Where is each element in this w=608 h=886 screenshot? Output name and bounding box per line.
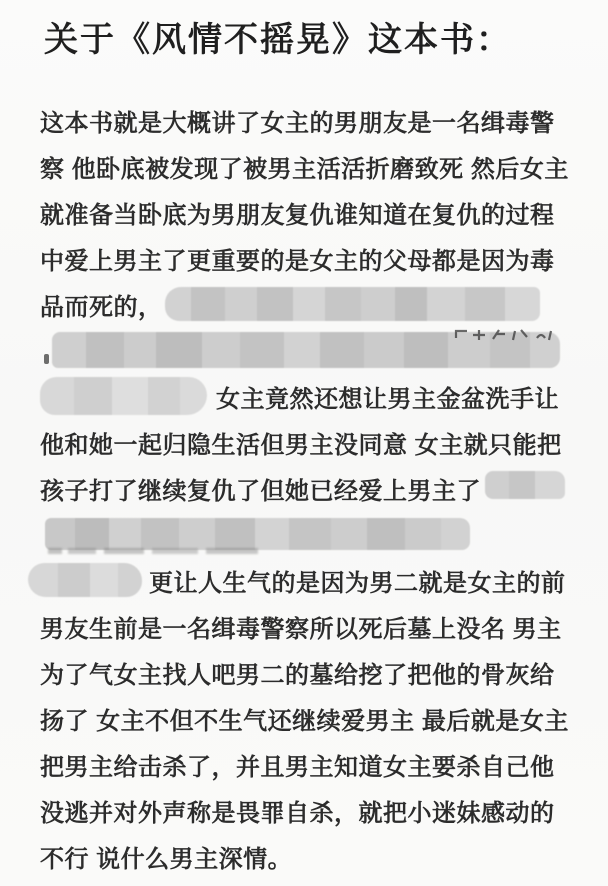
text-line: 为了气女主找人吧男二的墓给挖了把他的骨灰给 <box>40 649 585 695</box>
text-line: 就准备当卧底为男朋友复仇谁知道在复仇的过程 <box>40 189 585 235</box>
review-body: 这本书就是大概讲了女主的男朋友是一名缉毒警 察 他卧底被发现了被男主活活折磨致死… <box>40 97 585 879</box>
line-text: 女主竟然还想让男主金盆洗手让 <box>216 379 559 414</box>
text-line: 扬了 女主不但不生气还继续爱男主 最后就是女主 <box>40 695 585 741</box>
line-text: 更让人生气的是因为男二就是女主的前 <box>149 563 566 598</box>
text-screenshot: 关于《风情不摇晃》这本书： 这本书就是大概讲了女主的男朋友是一名缉毒警 察 他卧… <box>0 0 608 886</box>
text-line: 不行 说什么男主深情。 <box>40 833 585 879</box>
redaction-mosaic <box>52 332 560 368</box>
text-line-with-redaction: 更让人生气的是因为男二就是女主的前 <box>40 557 585 603</box>
page-title: 关于《风情不摇晃》这本书： <box>44 12 512 61</box>
redaction-mosaic <box>165 287 540 321</box>
line-text: 品而死的， <box>40 287 163 322</box>
line-text: 就准备当卧底为男朋友复仇谁知道在复仇的过程 <box>40 195 555 230</box>
stray-punctuation-mark <box>44 354 49 364</box>
line-text: 察 他卧底被发现了被男主活活折磨致死 然后女主 <box>40 149 569 184</box>
text-line-with-redaction: 品而死的， <box>40 281 585 327</box>
text-line: 没逃并对外声称是畏罪自杀，就把小迷妹感动的 <box>40 787 585 833</box>
redaction-mosaic <box>40 377 207 415</box>
text-line-with-redaction: 孩子打了继续复仇了但她已经爱上男主了 <box>40 465 585 511</box>
text-line: 把男主给击杀了，并且男主知道女主要杀自己他 <box>40 741 585 787</box>
line-text: 为了气女主找人吧男二的墓给挖了把他的骨灰给 <box>40 655 555 690</box>
redaction-mosaic <box>485 471 565 499</box>
line-text: 不行 说什么男主深情。 <box>40 839 292 874</box>
line-text: 扬了 女主不但不生气还继续爱男主 最后就是女主 <box>40 701 569 736</box>
text-line: 中爱上男主了更重要的是女主的父母都是因为毒 <box>40 235 585 281</box>
text-line: 这本书就是大概讲了女主的男朋友是一名缉毒警 <box>40 97 585 143</box>
line-text: 这本书就是大概讲了女主的男朋友是一名缉毒警 <box>40 103 555 138</box>
line-text: 男友生前是一名缉毒警察所以死后墓上没名 男主 <box>40 609 562 644</box>
redacted-line <box>40 511 585 557</box>
line-text: 没逃并对外声称是畏罪自杀，就把小迷妹感动的 <box>40 793 555 828</box>
line-text: 他和她一起归隐生活但男主没同意 女主就只能把 <box>40 425 562 460</box>
text-line: 男友生前是一名缉毒警察所以死后墓上没名 男主 <box>40 603 585 649</box>
redaction-mosaic <box>45 518 470 550</box>
text-line: 察 他卧底被发现了被男主活活折磨致死 然后女主 <box>40 143 585 189</box>
redaction-mosaic <box>28 563 142 597</box>
line-text: 中爱上男主了更重要的是女主的父母都是因为毒 <box>40 241 555 276</box>
redacted-line <box>40 327 585 373</box>
text-line-with-redaction: 女主竟然还想让男主金盆洗手让 <box>40 373 585 419</box>
text-line: 他和她一起归隐生活但男主没同意 女主就只能把 <box>40 419 585 465</box>
line-text: 孩子打了继续复仇了但她已经爱上男主了 <box>40 471 481 506</box>
line-text: 把男主给击杀了，并且男主知道女主要杀自己他 <box>40 747 555 782</box>
